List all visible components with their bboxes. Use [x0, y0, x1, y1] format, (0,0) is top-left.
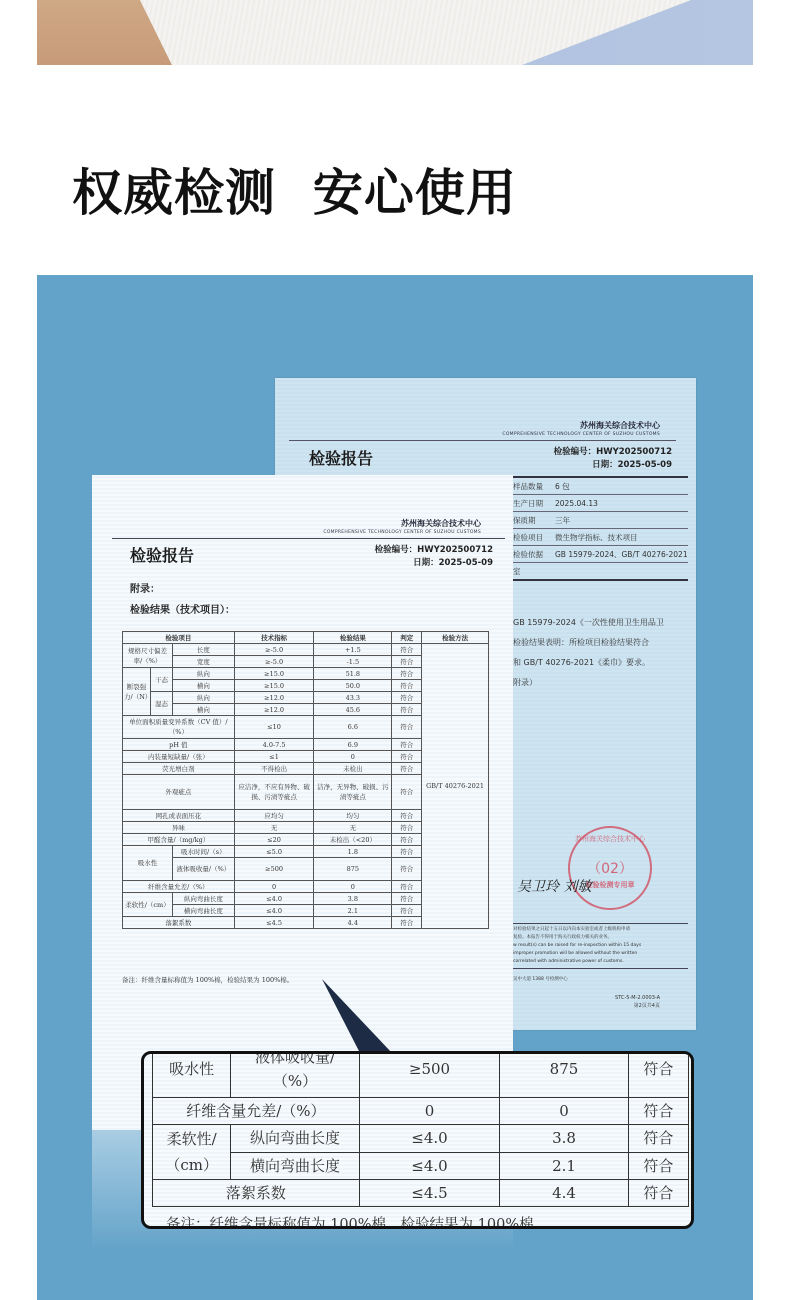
info-row: 检验项目微生物学指标、技术项目	[513, 529, 688, 546]
info-row: 检验依据GB 15979-2024、GB/T 40276-2021	[513, 546, 688, 563]
table-row: 落絮系数 ≤4.5 4.4 符合	[153, 1180, 689, 1207]
results-table: 检验项目 技术指标 检验结果 判定 检验方法 规格尺寸偏差率/（%） 长度 ≥-…	[122, 631, 489, 929]
conclusion-text: GB 15979-2024《一次性使用卫生用品卫 检验结果表明：所检项目检验结果…	[513, 613, 688, 693]
product-photo-crop	[37, 0, 753, 65]
magnified-remark: 备注：纤维含量标称值为 100%棉，检验结果为 100%棉。	[144, 1207, 691, 1229]
magnified-excerpt: 吸水性 液体吸收量/ （%） ≥500 875 符合 纤维含量允差/（%） 0 …	[141, 1051, 694, 1229]
official-seal-icon: 苏州海关综合技术中心 （02） 检验检测专用章	[568, 826, 652, 910]
header-rule	[289, 440, 676, 441]
info-row: 室	[513, 563, 688, 581]
report-title: 检验报告	[130, 543, 194, 566]
address: 吴中大道 1388 号检测中心	[513, 976, 568, 982]
info-row: 保质期三年	[513, 512, 688, 529]
report-number: 检验编号：HWY202500712	[554, 446, 672, 459]
report-number: 检验编号：HWY202500712	[375, 544, 493, 557]
org-name-cn: 苏州海关综合技术中心	[401, 518, 481, 529]
table-row: 纤维含量允差/（%） 0 0 符合	[153, 1098, 689, 1125]
org-name-cn: 苏州海关综合技术中心	[580, 420, 660, 431]
section-headline: 权威检测 安心使用	[72, 163, 517, 223]
signature: 吴卫玲 刘敏	[517, 876, 591, 896]
info-row: 生产日期2025.04.13	[513, 495, 688, 512]
report-meta: 检验编号：HWY202500712 日期：2025-05-09	[554, 446, 672, 472]
fine-print: 对检验结果之日起十五日以内向本实验室或者上级机构申请 复验。本报告不得用于海关行…	[513, 923, 688, 969]
org-name-en: COMPREHENSIVE TECHNOLOGY CENTER OF SUZHO…	[323, 530, 481, 535]
report-date: 日期：2025-05-09	[375, 557, 493, 570]
table-row: 吸水性 液体吸收量/ （%） ≥500 875 符合	[153, 1051, 689, 1098]
table-header-row: 检验项目 技术指标 检验结果 判定 检验方法	[123, 632, 489, 644]
method-cell: GB/T 40276-2021	[422, 644, 489, 929]
table-row: 柔软性/ （cm） 纵向弯曲长度 ≤4.0 3.8 符合	[153, 1125, 689, 1153]
info-row: 样品数量6 包	[513, 476, 688, 495]
table-remark: 备注：纤维含量标称值为 100%棉，检验结果为 100%棉。	[122, 975, 293, 984]
org-name-en: COMPREHENSIVE TECHNOLOGY CENTER OF SUZHO…	[502, 432, 660, 437]
report-date: 日期：2025-05-09	[554, 459, 672, 472]
results-title: 检验结果（技术项目）：	[130, 601, 235, 616]
inspection-report-page-front: 苏州海关综合技术中心 COMPREHENSIVE TECHNOLOGY CENT…	[92, 475, 513, 1130]
sample-info-table: 样品数量6 包 生产日期2025.04.13 保质期三年 检验项目微生物学指标、…	[513, 476, 688, 581]
appendix-label: 附录：	[130, 580, 160, 595]
table-row: 规格尺寸偏差率/（%） 长度 ≥-5.0 +1.5 符合 GB/T 40276-…	[123, 644, 489, 656]
header-rule	[112, 538, 505, 539]
report-meta: 检验编号：HWY202500712 日期：2025-05-09	[375, 544, 493, 570]
table-row: 横向弯曲长度 ≤4.0 2.1 符合	[153, 1152, 689, 1180]
form-code: STC-5-M-2.0003-A 第2页共4页	[615, 994, 660, 1010]
magnified-table: 吸水性 液体吸收量/ （%） ≥500 875 符合 纤维含量允差/（%） 0 …	[152, 1051, 689, 1207]
report-title: 检验报告	[309, 446, 373, 469]
